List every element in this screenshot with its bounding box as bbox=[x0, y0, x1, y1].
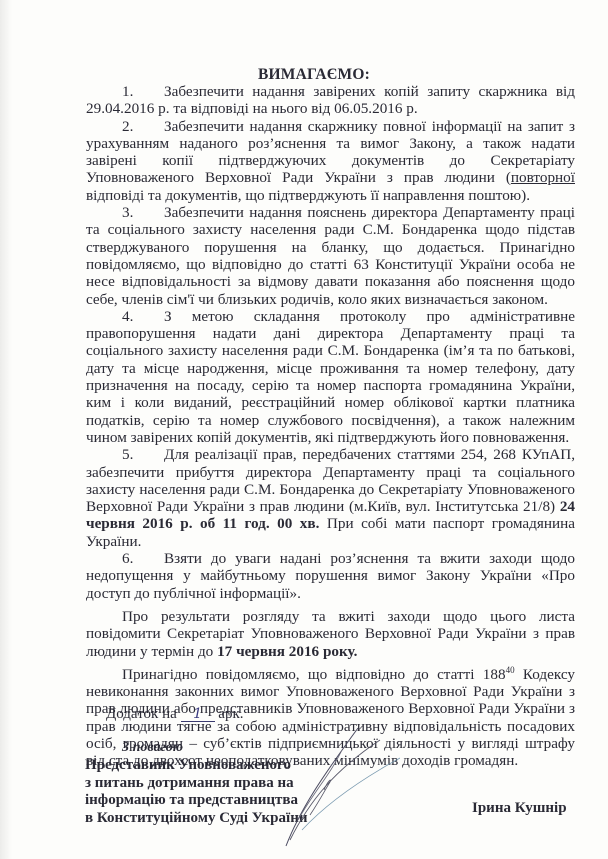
position-line: в Конституційному Суді України bbox=[85, 810, 307, 828]
closing-regards: З повагою bbox=[122, 740, 183, 756]
document-heading: ВИМАГАЄМО: bbox=[0, 66, 608, 84]
item-number: 6. bbox=[122, 550, 164, 567]
article-superscript: 40 bbox=[506, 665, 515, 675]
results-paragraph: Про результати розгляду та вжиті заходи … bbox=[86, 608, 575, 660]
item-text-end: відповіді та документів, що підтверджуют… bbox=[86, 187, 530, 204]
item-number: 3. bbox=[122, 204, 164, 221]
item-text: З метою складання протоколу про адмініст… bbox=[86, 308, 575, 446]
underlined-word: повторної bbox=[511, 169, 575, 186]
position-line: з питань дотримання права на bbox=[85, 775, 307, 793]
document-body: 1.Забезпечити надання завірених копій за… bbox=[86, 83, 575, 770]
demand-item-3: 3.Забезпечити надання пояснень директора… bbox=[86, 204, 575, 308]
demand-item-4: 4.З метою складання протоколу про адміні… bbox=[86, 308, 575, 446]
attachment-label: Додаток на bbox=[106, 706, 177, 722]
scanned-letter-page: ВИМАГАЄМО: 1.Забезпечити надання завірен… bbox=[0, 0, 608, 859]
demand-item-5: 5.Для реалізації прав, передбачених стат… bbox=[86, 446, 575, 550]
demand-item-6: 6.Взяти до уваги надані роз’яснення та в… bbox=[86, 550, 575, 602]
deadline-date: 17 червня 2016 року. bbox=[217, 643, 357, 660]
signer-name: Ірина Кушнір bbox=[472, 800, 567, 817]
demand-item-1: 1.Забезпечити надання завірених копій за… bbox=[86, 83, 575, 118]
scan-edge-shadow bbox=[0, 0, 12, 859]
item-number: 2. bbox=[122, 118, 164, 135]
notice-text: Принагідно повідомляємо, що відповідно д… bbox=[122, 666, 506, 683]
signer-position: Представник Уповноваженого з питань дотр… bbox=[85, 757, 307, 827]
position-line: інформацію та представництва bbox=[85, 792, 307, 810]
item-number: 1. bbox=[122, 83, 164, 100]
position-line: Представник Уповноваженого bbox=[85, 757, 307, 775]
attachment-unit: арк. bbox=[218, 706, 243, 722]
handwritten-sheet-count: 1 bbox=[181, 707, 215, 722]
item-number: 5. bbox=[122, 446, 164, 463]
attachment-line: Додаток на 1 арк. bbox=[106, 706, 243, 723]
handwritten-signature-icon bbox=[280, 720, 400, 850]
demand-item-2: 2.Забезпечити надання скаржнику повної і… bbox=[86, 118, 575, 204]
item-number: 4. bbox=[122, 308, 164, 325]
